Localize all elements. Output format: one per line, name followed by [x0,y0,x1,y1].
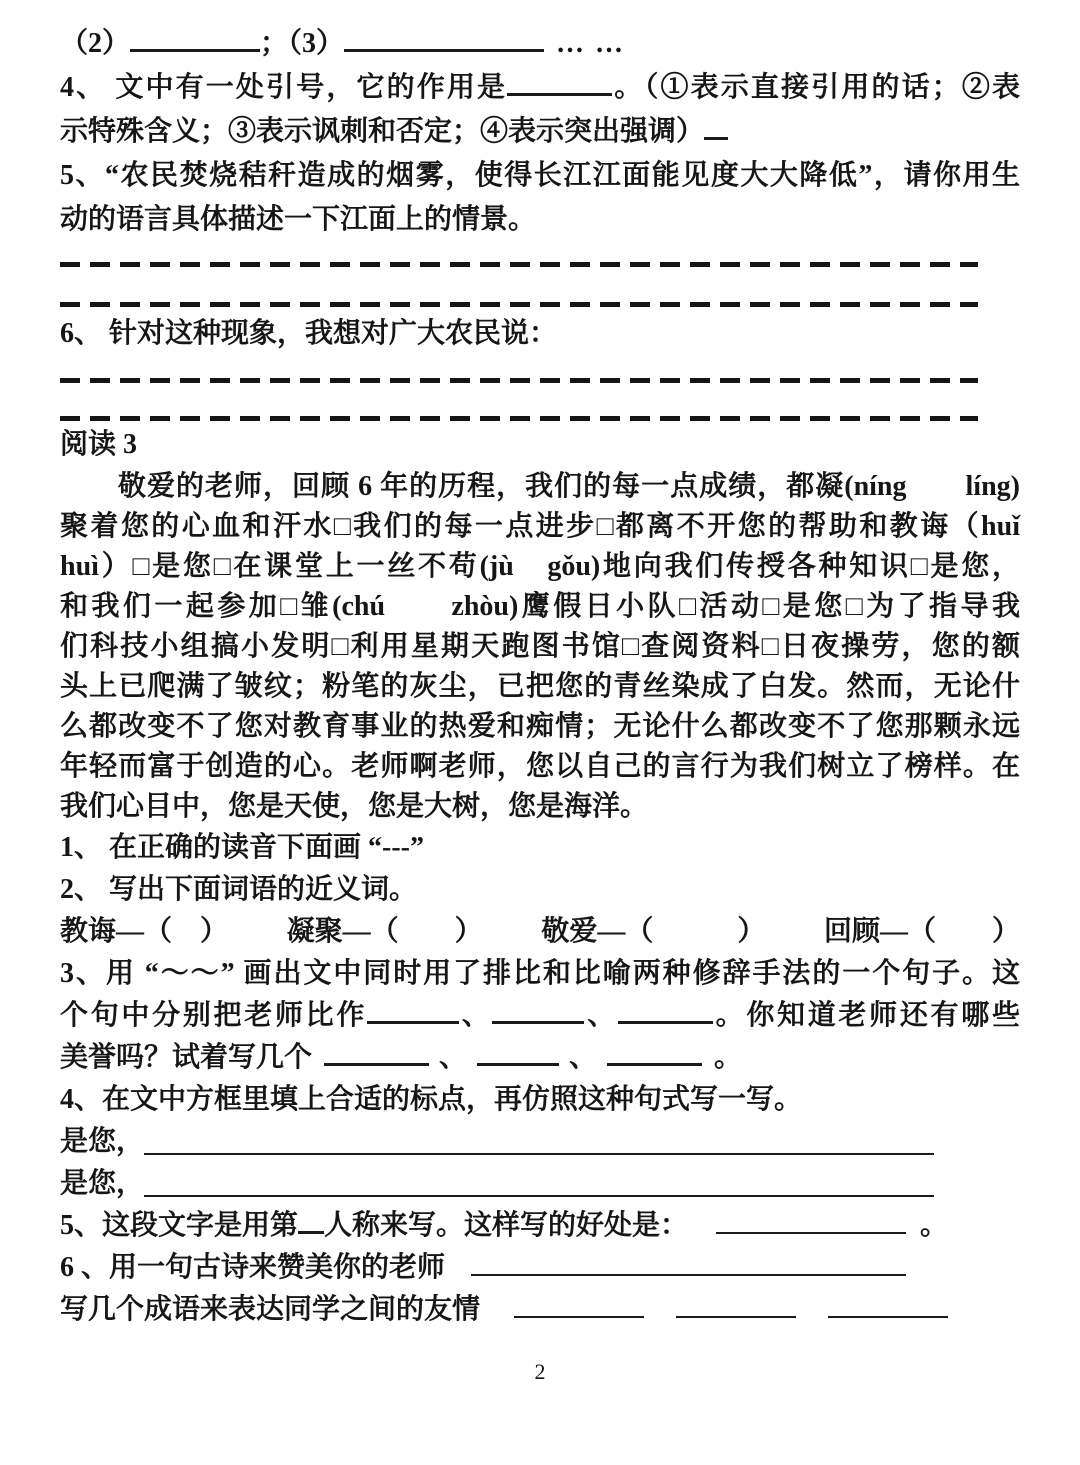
reading3-q3-line-3: 美誉吗？试着写几个、、。 [60,1037,1020,1079]
top-q4-line-2: 示特殊含义；③表示讽刺和否定；④表示突出强调） [60,110,1020,154]
reading3-title-text: 阅读 3 [60,429,137,460]
fill-item-2-label: （2） [60,28,130,59]
fill-in-blank [367,1015,459,1024]
reading3-passage: 敬爱的老师，回顾 6 年的历程，我们的每一点成绩，都凝(níng líng) 聚… [60,467,1020,827]
reading3-q5-text-1: 5、这段文字是用第 [60,1210,298,1241]
reading3-q3-line-1: 3、用 “～～” 画出文中同时用了排比和比喻两种修辞手法的一个句子。这 [60,953,1020,995]
reading3-q2-text: 2、 写出下面词语的近义词。 [60,874,417,905]
passage-line: 么都改变不了您对教育事业的热爱和痴情；无论什么都改变不了您那颗永远 [60,707,1020,747]
synonym-pair: 教诲—（ ） [60,911,228,953]
passage-line: 们科技小组搞小发明□利用星期天跑图书馆□查阅资料□日夜操劳，您的额 [60,627,1020,667]
answer-dashline [60,262,978,267]
sentence-starter-text: 是您， [60,1121,144,1163]
reading3-q4-line: 4、在文中方框里填上合适的标点，再仿照这种句式写一写。 [60,1079,1020,1121]
list-separator: 、 [569,1042,597,1073]
reading3-q6-line-2: 写几个成语来表达同学之间的友情 [60,1289,1020,1331]
top-q6-line: 6、 针对这种现象，我想对广大农民说： [60,312,1020,356]
fill-in-blank [298,1225,324,1234]
passage-line: 聚着您的心血和汗水□我们的每一点进步□都离不开您的帮助和教诲（huǐ [60,507,1020,547]
fill-in-blank [507,87,612,96]
reading3-q5-text-3: 。 [920,1210,948,1241]
reading3-q3-text-1: 3、用 “～～” 画出文中同时用了排比和比喻两种修辞手法的一个句子。这 [60,958,1020,989]
fill-in-blank [130,43,260,52]
top-q4-text-2: 。（①表示直接引用的话；②表 [612,72,1020,103]
top-q5-line-1: 5、“农民焚烧秸秆造成的烟雾，使得长江江面能见度大大降低”，请你用生 [60,154,1020,198]
reading3-q5-line: 5、这段文字是用第人称来写。这样写的好处是：。 [60,1205,1020,1247]
fill-in-blank [492,1015,584,1024]
reading3-q3-text-5: 。 [714,1042,742,1073]
top-q5-text-1: 5、“农民焚烧秸秆造成的烟雾，使得长江江面能见度大大降低”，请你用生 [60,160,1020,191]
fill-in-blank [676,1310,796,1318]
reading3-q4-text: 4、在文中方框里填上合适的标点，再仿照这种句式写一写。 [60,1084,802,1115]
fill-in-blank [324,1057,429,1066]
fill-in-blank [618,1015,713,1024]
page-number: 2 [60,1359,1020,1385]
fill-in-blank [716,1226,906,1234]
answer-dashline [60,302,978,307]
sentence-starter-text: 是您， [60,1163,144,1205]
sentence-starter-line-1: 是您， [60,1121,1020,1163]
reading3-q3-text-2: 个句中分别把老师比作 [60,1000,367,1031]
synonym-pair: 回顾—（ ） [824,911,1020,953]
reading3-title: 阅读 3 [60,423,1020,467]
fill-in-blank [477,1057,559,1066]
passage-line: 和我们一起参加□雏(chú zhòu)鹰假日小队□活动□是您□为了指导我 [60,587,1020,627]
reading3-q1-line: 1、 在正确的读音下面画 “---” [60,827,1020,869]
passage-line: 年轻而富于创造的心。老师啊老师，您以自己的言行为我们树立了榜样。在 [60,747,1020,787]
list-separator: 、 [584,1000,617,1031]
passage-line: 我们心目中，您是天使，您是大树，您是海洋。 [60,787,1020,827]
reading3-q3-line-2: 个句中分别把老师比作、、。你知道老师还有哪些 [60,995,1020,1037]
fill-in-blank [344,43,544,52]
list-separator: 、 [459,1000,492,1031]
answer-dashline [60,378,978,383]
reading3-q1-text: 1、 在正确的读音下面画 “---” [60,832,424,863]
reading3-q6-text-2: 写几个成语来表达同学之间的友情 [60,1294,480,1325]
list-separator: 、 [439,1042,467,1073]
fill-in-blank [828,1310,948,1318]
reading3-q3-text-3: 。你知道老师还有哪些 [713,1000,1020,1031]
fill-item-3-label: ；（3） [260,28,344,59]
passage-line: 头上已爬满了皱纹；粉笔的灰尘，已把您的青丝染成了白发。然而，无论什 [60,667,1020,707]
reading3-q6-line-1: 6 、用一句古诗来赞美你的老师 [60,1247,1020,1289]
top-q5-text-2: 动的语言具体描述一下江面上的情景。 [60,204,536,235]
fill-in-blank [144,1147,934,1155]
reading3-q6-text-1: 6 、用一句古诗来赞美你的老师 [60,1252,445,1283]
ellipsis-text: … … [556,28,625,59]
fill-in-blank [471,1268,906,1276]
reading3-q2-line: 2、 写出下面词语的近义词。 [60,869,1020,911]
synonym-pair: 凝聚—（ ） [287,911,483,953]
synonym-pair: 敬爱—（ ） [541,911,765,953]
passage-line: 敬爱的老师，回顾 6 年的历程，我们的每一点成绩，都凝(níng líng) [60,467,1020,507]
sentence-starter-line-2: 是您， [60,1163,1020,1205]
fill-items-line: （2）；（3）… … [60,22,1020,66]
answer-dashline [60,416,978,421]
fill-in-blank [514,1310,644,1318]
reading3-q5-text-2: 人称来写。这样写的好处是： [324,1210,688,1241]
reading3-q3-text-4: 美誉吗？试着写几个 [60,1042,312,1073]
top-q4-text-3: 示特殊含义；③表示讽刺和否定；④表示突出强调） [60,116,704,147]
fill-in-blank [144,1189,934,1197]
passage-line: huì）□是您□在课堂上一丝不苟(jù gǒu)地向我们传授各种知识□是您， [60,547,1020,587]
top-q4-line-1: 4、 文中有一处引号，它的作用是。（①表示直接引用的话；②表 [60,66,1020,110]
fill-in-blank [704,131,728,140]
worksheet-page: （2）；（3）… … 4、 文中有一处引号，它的作用是。（①表示直接引用的话；②… [0,0,1080,1385]
top-q4-text-1: 4、 文中有一处引号，它的作用是 [60,72,507,103]
synonym-pairs-line: 教诲—（ ） 凝聚—（ ） 敬爱—（ ） 回顾—（ ） [60,911,1020,953]
top-q5-line-2: 动的语言具体描述一下江面上的情景。 [60,198,1020,242]
top-q6-text: 6、 针对这种现象，我想对广大农民说： [60,318,557,349]
fill-in-blank [607,1057,702,1066]
